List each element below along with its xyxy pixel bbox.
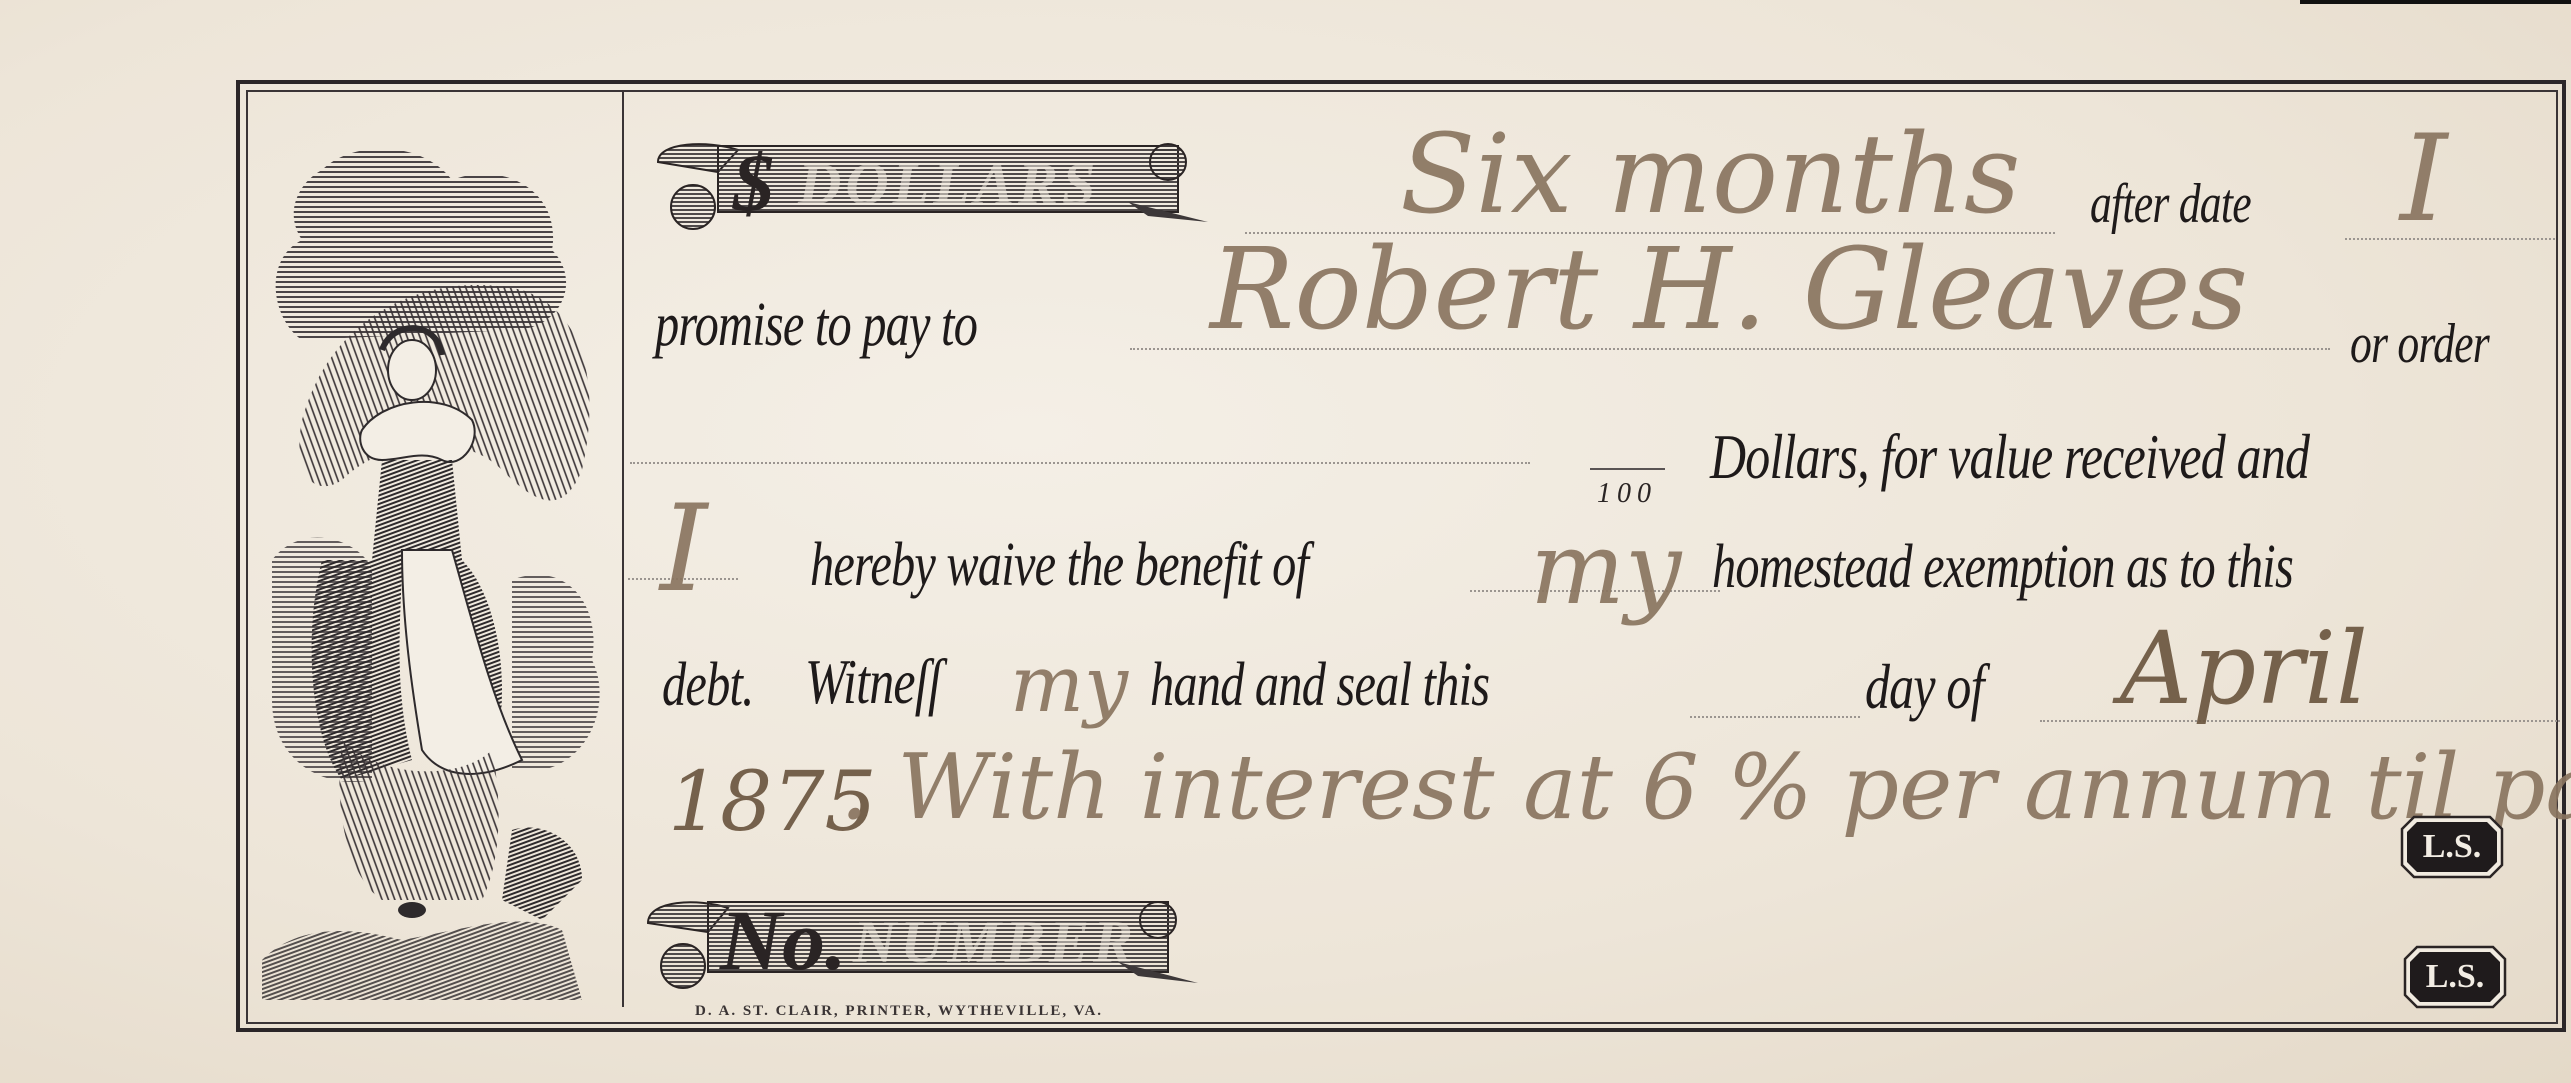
hand-seal-label: hand and seal this	[1150, 650, 1489, 721]
dollars-banner: $ DOLLARS	[648, 132, 1228, 232]
interest-clause-handwritten: . With interest at 6 % per annum til pai…	[840, 735, 2571, 840]
day-blank-line	[1690, 716, 1860, 718]
waive-label: hereby waive the benefit of	[810, 530, 1308, 601]
vignette-divider	[622, 92, 624, 1007]
line1-tail-dots	[2345, 238, 2555, 240]
month-handwritten: April	[2120, 610, 2368, 727]
homestead-label: homestead exemption as to this	[1712, 532, 2293, 603]
witness-label: Witneſſ	[805, 645, 941, 719]
fraction-line	[1590, 468, 1665, 470]
number-banner: No. NUMBER	[638, 888, 1218, 993]
seal-text: L.S.	[2403, 945, 2507, 1009]
debt-label: debt.	[662, 650, 753, 721]
my-handwritten-2: my	[1010, 640, 1128, 730]
amount-blank-line	[630, 462, 1530, 464]
payee-handwritten: Robert H. Gleaves	[1210, 225, 2248, 355]
number-banner-text: NUMBER	[853, 908, 1137, 977]
number-abbrev: No.	[720, 890, 847, 990]
dollars-value-received-label: Dollars, for value received and	[1710, 420, 2309, 494]
my-handwritten-1: my	[1530, 510, 1681, 627]
printer-credit: D. A. ST. CLAIR, PRINTER, WYTHEVILLE, VA…	[695, 1003, 1103, 1020]
engraving-icon	[262, 140, 612, 1010]
borrower-pronoun-1: I	[2400, 110, 2447, 249]
dollar-sign: $	[733, 136, 774, 230]
seal-text: L.S.	[2400, 815, 2504, 879]
fraction-denominator: 100	[1597, 478, 1657, 510]
term-handwritten: Six months	[1400, 110, 2020, 238]
dollars-banner-text: DOLLARS	[798, 150, 1099, 219]
seal-2: L.S.	[2403, 945, 2507, 1009]
borrower-pronoun-2: I	[660, 480, 707, 619]
scan-edge	[2300, 0, 2571, 4]
harvest-woman-illustration	[262, 140, 612, 1010]
or-order-label: or order	[2350, 312, 2489, 376]
day-of-label: day of	[1865, 650, 1984, 724]
seal-1: L.S.	[2400, 815, 2504, 879]
promise-label: promise to pay to	[655, 290, 977, 361]
